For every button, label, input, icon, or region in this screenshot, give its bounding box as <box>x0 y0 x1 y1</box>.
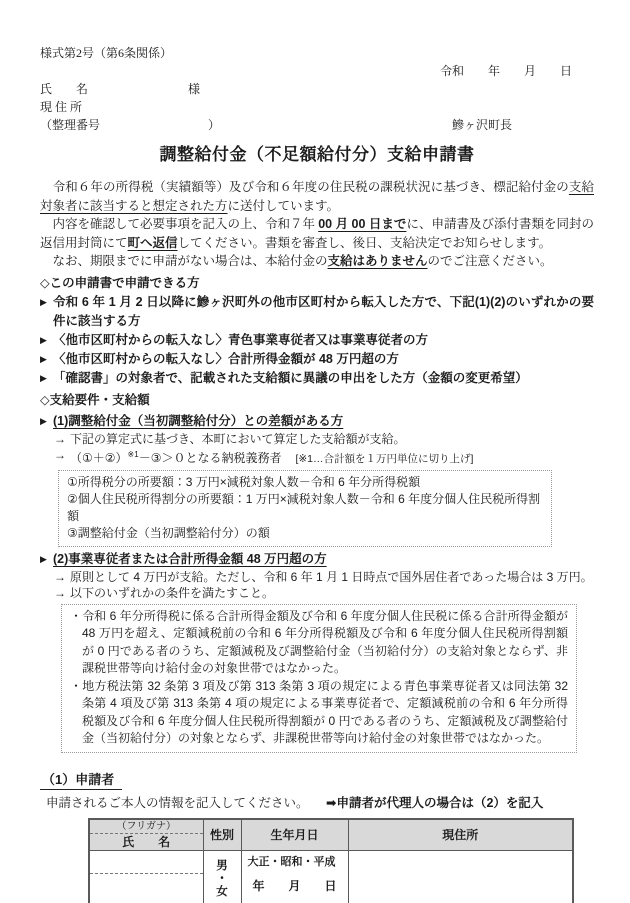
requirement-2-note-line-1: → 原則として 4 万円が支給。ただし、令和 6 年 1 月 1 日時点で国外居… <box>54 569 594 586</box>
formula-item-2: ②個人住民税所得割分の所要額：1 万円×減税対象人数－令和 6 年度分個人住民税… <box>67 491 543 525</box>
applicant-instruction: 申請されるご本人の情報を記入してください。 <box>46 796 309 810</box>
form-number: 様式第2号（第6条関係） <box>40 44 594 62</box>
address-input-area <box>348 850 573 903</box>
mayor-title: 鰺ヶ沢町長 <box>452 116 512 134</box>
triangle-bullet-icon: ▶ <box>40 350 53 369</box>
header-block: 様式第2号（第6条関係） 令和 年 月 日 氏 名 様 現 住 所 （整理番号 … <box>40 44 594 134</box>
intro-block: 令和６年の所得税（実績額等）及び令和６年度の住民税の課税状況に基づき、標記給付金… <box>40 178 594 271</box>
applicant-section-heading: （1）申請者 <box>40 769 122 790</box>
arrow-marker-icon: → <box>54 569 70 586</box>
formula-footnote-ref: ※1 <box>128 450 139 459</box>
recipient-name-label: 氏 名 <box>40 80 88 98</box>
condition-item-1: ・令和 6 年分所得税に係る合計所得金額及び令和 6 年度分個人住民税に係る合計… <box>70 608 568 678</box>
section-who-can-apply-heading: ◇この申請書で申請できる方 <box>40 274 594 293</box>
eligibility-item: ▶ 「確認書」の対象者で、記載された支給額に異議の申出をした方（金額の変更希望） <box>40 369 594 388</box>
name-header-cell: （フリガナ） 氏 名 <box>89 819 203 851</box>
formula-item-3: ③調整給付金（当初調整給付分）の額 <box>67 525 543 542</box>
eligibility-item: ▶ 〈他市区町村からの転入なし〉青色事業専従者又は事業専従者の方 <box>40 331 594 350</box>
section-requirements-heading: ◇支給要件・支給額 <box>40 391 594 410</box>
proxy-note: ➡申請者が代理人の場合は（2）を記入 <box>326 796 543 810</box>
era-options: 大正・昭和・平成 <box>242 851 348 869</box>
requirement-2-heading: ▶ (2)事業専従者または合計所得金額 48 万円超の方 <box>40 550 594 569</box>
requirement-1-note-line: → 下記の算定式に基づき、本町において算定した支給額が支給。 <box>54 431 594 448</box>
furigana-input-area <box>90 851 203 874</box>
arrow-marker-icon: → <box>54 447 70 468</box>
issue-date-line: 令和 年 月 日 <box>40 62 594 80</box>
birthdate-header: 生年月日 <box>241 819 348 851</box>
calculation-formula-box: ①所得税分の所要額：3 万円×減税対象人数－令和 6 年分所得税額 ②個人住民税… <box>58 470 552 547</box>
formula-text: （①＋②） <box>70 451 128 465</box>
requirement-1-heading: ▶ (1)調整給付金（当初調整給付分）との差額がある方 <box>40 412 594 431</box>
applicant-table-input-row: 男 ・ 女 大正・昭和・平成 年 月 日 <box>89 850 573 903</box>
page-title: 調整給付金（不足額給付分）支給申請書 <box>40 142 594 168</box>
triangle-bullet-icon: ▶ <box>40 293 53 331</box>
intro-paragraph-3: なお、期限までに申請がない場合は、本給付金の支給はありませんのでご注意ください。 <box>40 252 594 271</box>
applicant-table: （フリガナ） 氏 名 性別 生年月日 現住所 男 ・ 女 大正・昭和・平成 年 … <box>88 818 574 903</box>
formula-footnote: [※1…合計額を１万円単位に切り上げ] <box>295 453 473 465</box>
reference-line: （整理番号 ） 鰺ヶ沢町長 <box>40 116 594 134</box>
name-label: 氏 名 <box>90 834 203 850</box>
address-header: 現住所 <box>348 819 573 851</box>
eligibility-list: ▶ 令和 6 年 1 月 2 日以降に鰺ヶ沢町外の他市区町村から転入した方で、下… <box>40 293 594 388</box>
benefit-application-form-page: 様式第2号（第6条関係） 令和 年 月 日 氏 名 様 現 住 所 （整理番号 … <box>0 0 630 903</box>
triangle-bullet-icon: ▶ <box>40 550 53 569</box>
intro-paragraph-1: 令和６年の所得税（実績額等）及び令和６年度の住民税の課税状況に基づき、標記給付金… <box>40 178 594 215</box>
requirement-2-block: ▶ (2)事業専従者または合計所得金額 48 万円超の方 → 原則として 4 万… <box>40 550 594 753</box>
address-label: 現 住 所 <box>40 98 594 116</box>
eligibility-item: ▶ 令和 6 年 1 月 2 日以降に鰺ヶ沢町外の他市区町村から転入した方で、下… <box>40 293 594 331</box>
requirement-2-note-line-2: → 以下のいずれかの条件を満たすこと。 <box>54 585 594 602</box>
requirement-1-block: ▶ (1)調整給付金（当初調整給付分）との差額がある方 → 下記の算定式に基づき… <box>40 412 594 547</box>
conditions-box: ・令和 6 年分所得税に係る合計所得金額及び令和 6 年度分個人住民税に係る合計… <box>61 604 577 753</box>
formula-item-1: ①所得税分の所要額：3 万円×減税対象人数－令和 6 年分所得税額 <box>67 474 543 491</box>
year-month-day-fields: 年 月 日 <box>242 877 348 894</box>
applicant-instruction-line: 申請されるご本人の情報を記入してください。 ➡申請者が代理人の場合は（2）を記入 <box>46 794 594 812</box>
intro-paragraph-2: 内容を確認して必要事項を記入の上、令和７年 00 月 00 日までに、申請書及び… <box>40 215 594 252</box>
requirement-1-formula-line: → （①＋②）※1－③＞０となる納税義務者[※1…合計額を１万円単位に切り上げ] <box>54 447 594 468</box>
arrow-marker-icon: → <box>54 431 70 448</box>
arrow-marker-icon: → <box>54 585 70 602</box>
name-input-area <box>90 874 203 903</box>
triangle-bullet-icon: ▶ <box>40 412 53 431</box>
triangle-bullet-icon: ▶ <box>40 369 53 388</box>
gender-options-cell: 男 ・ 女 <box>203 850 241 903</box>
condition-item-2: ・地方税法第 32 条第 3 項及び第 313 条第 3 項の規定による青色事業… <box>70 678 568 748</box>
eligibility-item: ▶ 〈他市区町村からの転入なし〉合計所得金額が 48 万円超の方 <box>40 350 594 369</box>
triangle-bullet-icon: ▶ <box>40 331 53 350</box>
recipient-name-line: 氏 名 様 <box>40 80 594 98</box>
furigana-label: （フリガナ） <box>90 820 203 834</box>
birthdate-cell: 大正・昭和・平成 年 月 日 <box>241 850 348 903</box>
honorific-label: 様 <box>188 80 200 98</box>
gender-header: 性別 <box>203 819 241 851</box>
reference-number-label: （整理番号 ） <box>40 116 220 134</box>
name-input-cell <box>89 850 203 903</box>
applicant-table-header-row: （フリガナ） 氏 名 性別 生年月日 現住所 <box>89 819 573 851</box>
